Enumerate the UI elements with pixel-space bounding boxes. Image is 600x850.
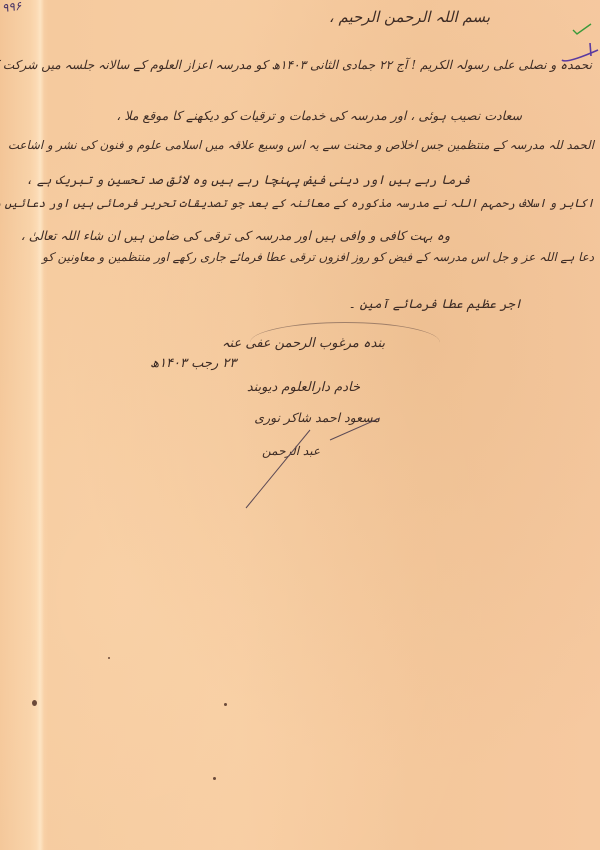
body-line-1: نحمدہ و نصلی علی رسولہ الکریم ! آج ۲۲ جم… [0, 58, 592, 72]
paper-spot [224, 703, 227, 706]
corner-note: ۹۹۶ [1, 0, 22, 15]
body-line-5: اکابر و اسلاف رحمہم اللہ نے مدرسہ مذکورہ… [0, 196, 594, 210]
signature-name: بندہ مرغوب الرحمن عفی عنہ [222, 336, 385, 351]
body-line-3: الحمد للہ مدرسہ کے منتظمین جس اخلاص و مح… [8, 138, 594, 152]
green-tick-icon [572, 22, 592, 36]
paper-spot [213, 777, 216, 780]
body-line-6: وہ بہت کافی و وافی ہیں اور مدرسہ کی ترقی… [21, 228, 450, 243]
body-line-4: فرما رہے ہیں اور دینی فیض پہنچا رہے ہیں … [26, 172, 470, 187]
signature-title: خادم دارالعلوم دیوبند [247, 380, 360, 395]
signature-date: ۲۳ رجب ۱۴۰۳ھ [150, 356, 236, 371]
paper-spot [108, 657, 110, 659]
body-line-2: سعادت نصیب ہوئی ، اور مدرسہ کی خدمات و ت… [116, 108, 522, 123]
body-line-7: دعا ہے اللہ عز و جل اس مدرسہ کے فیض کو ر… [42, 250, 594, 264]
signature-stroke [240, 400, 380, 520]
paper-spot [32, 700, 37, 706]
paper-fold-crease [36, 0, 44, 850]
body-line-8: اجر عظیم عطا فرمائے آمین ۔ [348, 296, 522, 311]
scanned-letter-page: ۹۹۶ بسم اللہ الرحمن الرحیم ، نحمدہ و نصل… [0, 0, 600, 850]
heading-bismillah: بسم اللہ الرحمن الرحیم ، [329, 8, 490, 26]
